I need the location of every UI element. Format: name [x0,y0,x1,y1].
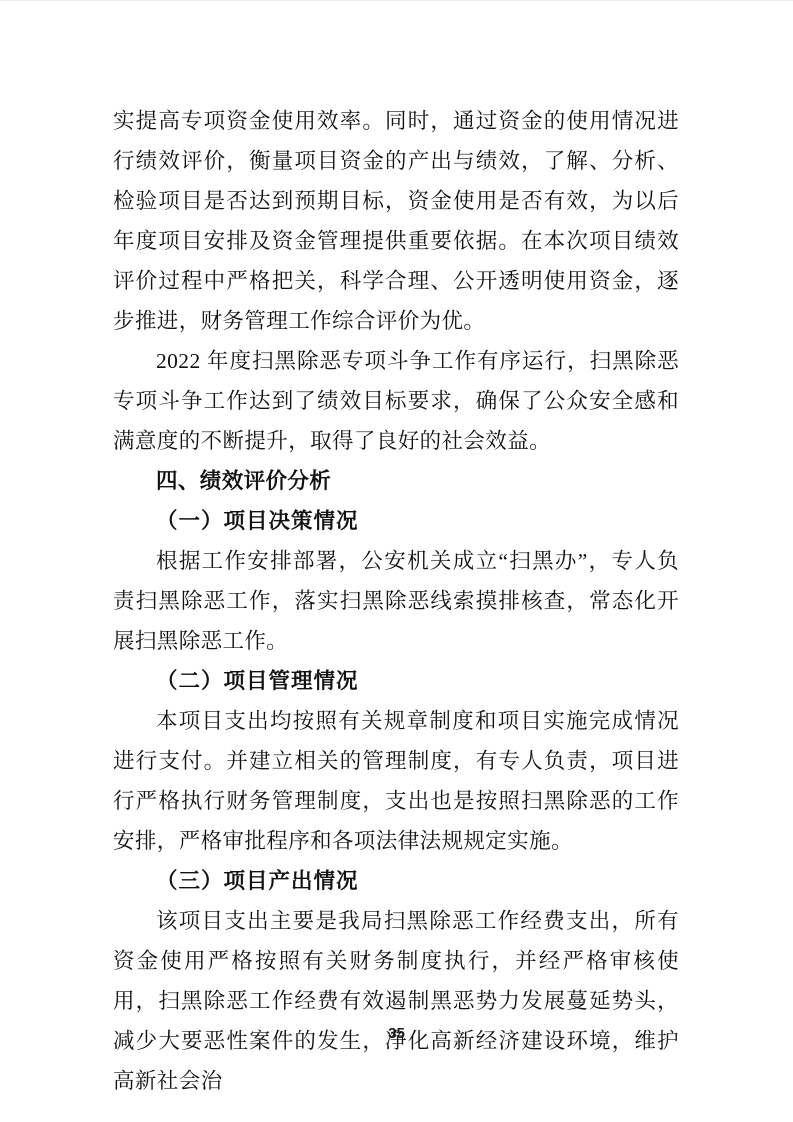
section-heading-4: 四、绩效评价分析 [113,461,679,501]
document-content: 实提高专项资金使用效率。同时，通过资金的使用情况进行绩效评价，衡量项目资金的产出… [113,101,679,1101]
paragraph-project-management: 本项目支出均按照有关规章制度和项目实施完成情况进行支付。并建立相关的管理制度，有… [113,701,679,861]
subsection-heading-4-1: （一）项目决策情况 [113,501,679,541]
paragraph-project-output: 该项目支出主要是我局扫黑除恶工作经费支出，所有资金使用严格按照有关财务制度执行，… [113,901,679,1101]
subsection-heading-4-2: （二）项目管理情况 [113,661,679,701]
paragraph-continuation: 实提高专项资金使用效率。同时，通过资金的使用情况进行绩效评价，衡量项目资金的产出… [113,101,679,341]
subsection-heading-4-3: （三）项目产出情况 [113,861,679,901]
page-number: 35 [0,1025,793,1042]
paragraph-project-decision: 根据工作安排部署，公安机关成立“扫黑办”，专人负责扫黑除恶工作，落实扫黑除恶线索… [113,541,679,661]
paragraph-2022-summary: 2022 年度扫黑除恶专项斗争工作有序运行，扫黑除恶专项斗争工作达到了绩效目标要… [113,341,679,461]
document-page: 实提高专项资金使用效率。同时，通过资金的使用情况进行绩效评价，衡量项目资金的产出… [0,0,793,1122]
